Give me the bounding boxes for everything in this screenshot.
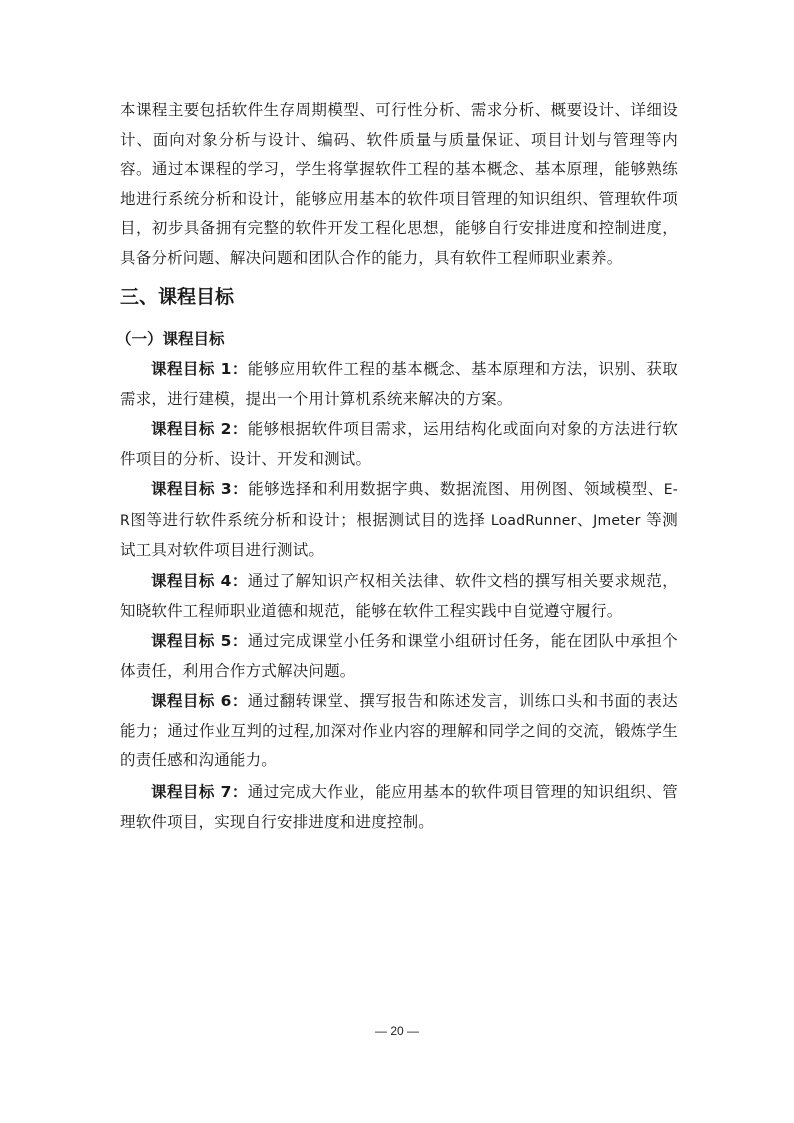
tool-loadrunner: LoadRunner xyxy=(491,513,577,529)
tool-jmeter: Jmeter xyxy=(593,513,640,529)
objective-7: 课程目标 7：通过完成大作业，能应用基本的软件项目管理的知识组织、管理软件项目，… xyxy=(120,778,678,837)
objective-label: 课程目标 5： xyxy=(151,632,248,650)
objective-2: 课程目标 2：能够根据软件项目需求，运用结构化或面向对象的方法进行软件项目的分析… xyxy=(120,415,678,474)
objective-text: 图等进行软件系统分析和设计；根据测试目的选择 xyxy=(130,511,491,529)
objective-5: 课程目标 5：通过完成课堂小任务和课堂小组研讨任务，能在团队中承担个体责任，利用… xyxy=(120,627,678,686)
objective-label: 课程目标 7： xyxy=(151,783,248,801)
section-heading: 三、课程目标 xyxy=(120,284,234,310)
objective-label: 课程目标 3： xyxy=(151,480,248,498)
objective-text: 、 xyxy=(577,511,594,529)
objective-6: 课程目标 6：通过翻转课堂、撰写报告和陈述发言，训练口头和书面的表达能力；通过作… xyxy=(120,687,678,776)
objective-3: 课程目标 3：能够选择和利用数据字典、数据流图、用例图、领域模型、E-R图等进行… xyxy=(120,475,678,566)
subsection-heading: （一）课程目标 xyxy=(116,327,225,351)
objective-1: 课程目标 1：能够应用软件工程的基本概念、基本原理和方法，识别、获取需求，进行建… xyxy=(120,355,678,414)
intro-paragraph: 本课程主要包括软件生存周期模型、可行性分析、需求分析、概要设计、详细设计、面向对… xyxy=(120,96,678,273)
objective-4: 课程目标 4：通过了解知识产权相关法律、软件文档的撰写相关要求规范，知晓软件工程… xyxy=(120,567,678,626)
objective-text: 能够选择和利用数据字典、数据流图、用例图、领域模型、 xyxy=(248,480,664,498)
objective-label: 课程目标 6： xyxy=(151,692,248,710)
objective-label: 课程目标 4： xyxy=(151,572,248,590)
objective-label: 课程目标 1： xyxy=(151,360,248,378)
page-number: — 20 — xyxy=(0,1024,794,1038)
objective-label: 课程目标 2： xyxy=(151,420,248,438)
